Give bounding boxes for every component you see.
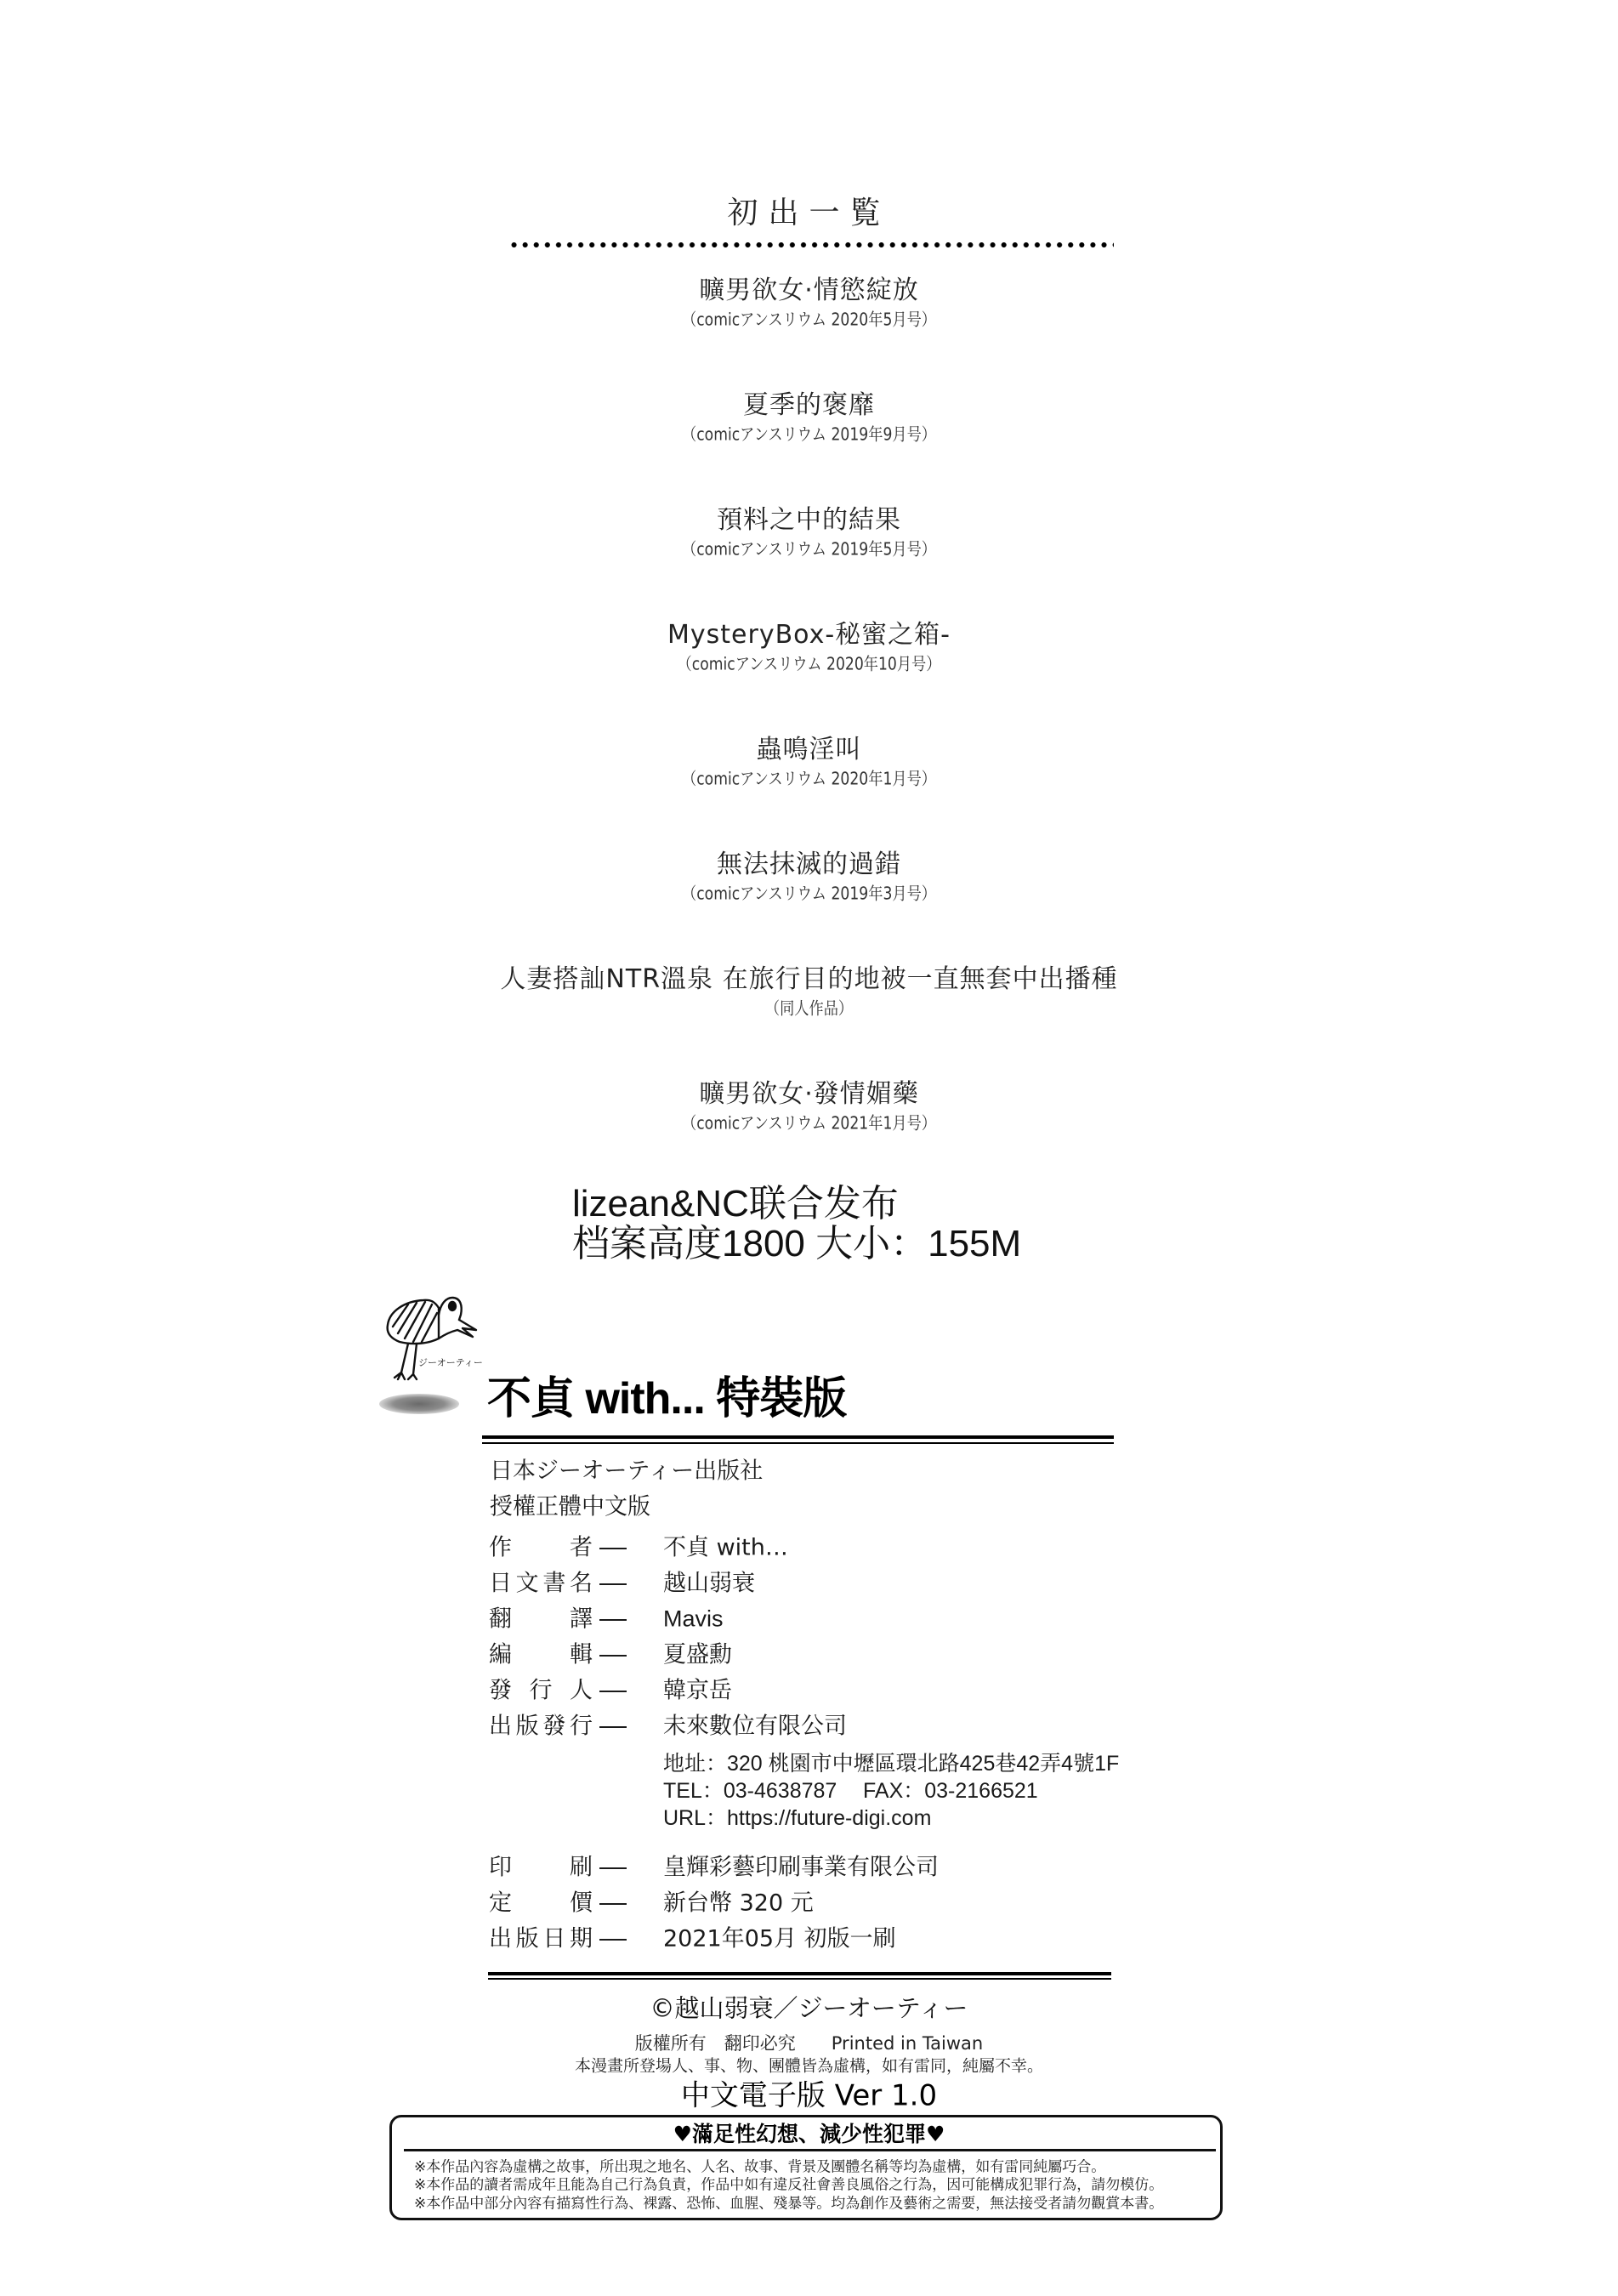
value-editor: 夏盛勳 [663, 1644, 732, 1667]
label-publisher: 出版發行 [489, 1715, 593, 1738]
value-price: 新台幣 320 元 [663, 1892, 814, 1915]
label-author: 作者 [489, 1537, 593, 1560]
value-pub-date: 2021年05月 初版一刷 [663, 1928, 896, 1951]
title-rule-thin [482, 1442, 1114, 1444]
toc-entry-source: （comicアンスリウム 2019年5月号） [113, 536, 1505, 560]
rights-reserved: 版權所有 翻印必究 Printed in Taiwan [0, 2030, 1618, 2055]
label-issuer: 發行人 [489, 1679, 593, 1702]
value-printer: 皇輝彩藝印刷事業有限公司 [663, 1856, 939, 1879]
publisher-logo-bird-icon: ジーオーティー [379, 1289, 485, 1386]
toc-entry-source: （comicアンスリウム 2021年1月号） [113, 1110, 1505, 1134]
label-dash [599, 1619, 627, 1621]
title-rule-thick [482, 1435, 1114, 1439]
toc-entry-source: （comicアンスリウム 2019年9月号） [113, 421, 1505, 446]
notice-line: ※本作品中部分內容有描寫性行為、裸露、恐怖、血腥、殘暴等。均為創作及藝術之需要，… [414, 2191, 1163, 2213]
label-dash [599, 1655, 627, 1657]
notice-divider [404, 2149, 1216, 2151]
book-title: 不貞 with... 特裝版 [487, 1377, 846, 1421]
label-editor: 編輯 [489, 1644, 593, 1667]
copyright-line: ©越山弱衰／ジーオーティー [0, 1990, 1618, 2025]
publisher-jp: 日本ジーオーティー出版社 [490, 1460, 763, 1483]
label-dash [599, 1939, 627, 1941]
value-publisher: 未來數位有限公司 [663, 1715, 847, 1738]
colophon-rule-thick [488, 1972, 1111, 1975]
toc-heading: 初出一覧 [0, 189, 1618, 232]
label-translator: 翻譯 [489, 1608, 593, 1631]
publisher-url[interactable]: URL：https://future-digi.com [663, 1801, 931, 1832]
value-issuer: 韓京岳 [663, 1679, 732, 1702]
toc-entry-title: 曠男欲女·發情媚藥 [0, 1072, 1618, 1110]
toc-entry-title: MysteryBox-秘蜜之箱- [0, 613, 1618, 651]
label-price: 定價 [489, 1892, 593, 1915]
license-note: 授權正體中文版 [490, 1496, 650, 1519]
toc-entry-title: 曠男欲女·情慾綻放 [0, 269, 1618, 306]
colophon-rule-thin [488, 1978, 1111, 1980]
logo-shadow [379, 1394, 459, 1414]
release-credit: lizean&NC联合发布 [572, 1185, 899, 1223]
notice-heading: ♥滿足性幻想、減少性犯罪♥ [0, 2117, 1618, 2148]
toc-entry-title: 預料之中的結果 [0, 498, 1618, 536]
logo-caption: ジーオーティー [418, 1355, 483, 1369]
publisher-address: 地址：320 桃園市中壢區環北路425巷42弄4號1F [663, 1747, 1119, 1777]
toc-entry-source: （comicアンスリウム 2019年3月号） [113, 880, 1505, 905]
label-dash [599, 1691, 627, 1692]
value-jp-title: 越山弱衰 [663, 1572, 755, 1595]
value-translator: Mavis [663, 1608, 724, 1631]
label-jp-title: 日文書名 [489, 1572, 593, 1595]
release-file-info: 档案高度1800 大小：155M [572, 1225, 1021, 1263]
toc-entry-source: （comicアンスリウム 2020年10月号） [113, 651, 1505, 675]
label-dash [599, 1903, 627, 1905]
value-author: 不貞 with… [663, 1537, 788, 1560]
label-dash [599, 1726, 627, 1728]
toc-entry-title: 人妻搭訕NTR溫泉 在旅行目的地被一直無套中出播種 [0, 958, 1618, 995]
label-dash [599, 1867, 627, 1869]
toc-entry-title: 蟲鳴淫叫 [0, 728, 1618, 765]
label-dash [599, 1583, 627, 1585]
dotted-divider [508, 242, 1114, 248]
toc-entry-source: （同人作品） [113, 995, 1505, 1020]
edition-version: 中文電子版 Ver 1.0 [0, 2072, 1618, 2114]
publisher-tel: TEL：03-4638787 [663, 1774, 837, 1804]
toc-entry-source: （comicアンスリウム 2020年1月号） [113, 765, 1505, 790]
toc-entry-title: 無法抹滅的過錯 [0, 843, 1618, 880]
toc-entry-title: 夏季的褒靡 [0, 384, 1618, 421]
label-dash [599, 1548, 627, 1549]
toc-entry-source: （comicアンスリウム 2020年5月号） [113, 306, 1505, 331]
label-pub-date: 出版日期 [489, 1928, 593, 1951]
label-printer: 印刷 [489, 1856, 593, 1879]
publisher-fax: FAX：03-2166521 [863, 1774, 1038, 1804]
